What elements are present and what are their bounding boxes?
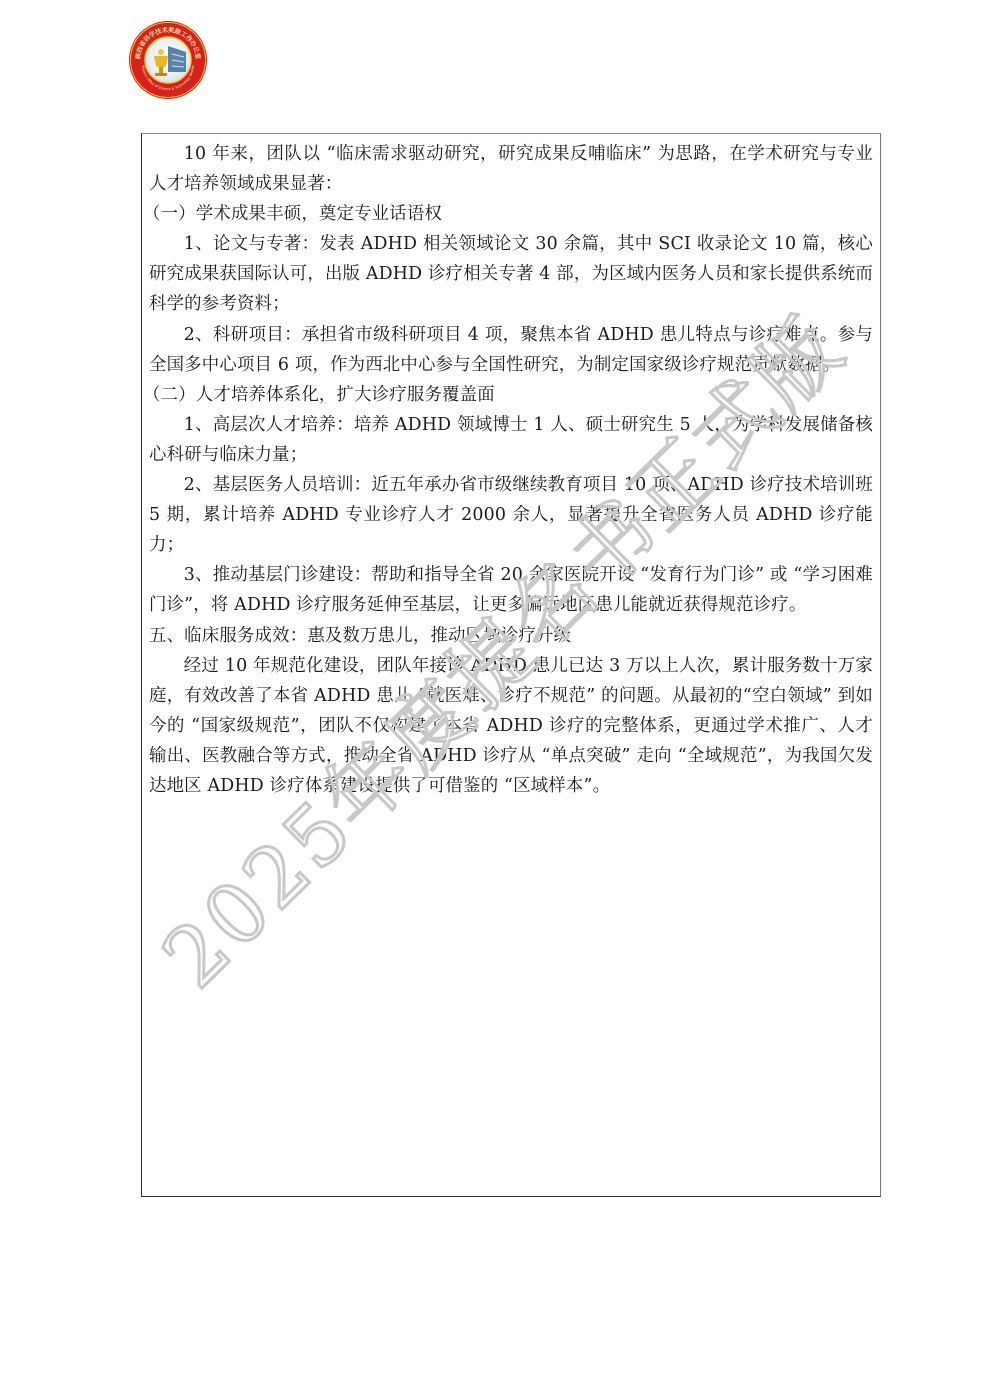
intro-paragraph: 10 年来，团队以 “临床需求驱动研究，研究成果反哺临床” 为思路，在学术研究与… — [149, 139, 873, 199]
seal-logo: 陕西省科学技术奖励工作办公室 Shaanxi Office of Science… — [128, 20, 208, 100]
paragraph-papers: 1、论文与专著：发表 ADHD 相关领域论文 30 余篇，其中 SCI 收录论文… — [149, 229, 873, 319]
paragraph-clinic-construction: 3、推动基层门诊建设：帮助和指导全省 20 余家医院开设 “发育行为门诊” 或 … — [149, 560, 873, 620]
document-body: 10 年来，团队以 “临床需求驱动研究，研究成果反哺临床” 为思路，在学术研究与… — [149, 139, 873, 801]
paragraph-high-level-talent: 1、高层次人才培养：培养 ADHD 领域博士 1 人、硕士研究生 5 人，为学科… — [149, 410, 873, 470]
section-heading-talent: （二）人才培养体系化，扩大诊疗服务覆盖面 — [143, 380, 873, 410]
paragraph-grassroots-training: 2、基层医务人员培训：近五年承办省市级继续教育项目 10 项、ADHD 诊疗技术… — [149, 470, 873, 560]
section-heading-clinical-outcomes: 五、临床服务成效：惠及数万患儿，推动区域诊疗升级 — [149, 621, 873, 651]
paragraph-clinical-outcomes: 经过 10 年规范化建设，团队年接诊 ADHD 患儿已达 3 万以上人次，累计服… — [149, 651, 873, 801]
seal-emblem-icon: 陕西省科学技术奖励工作办公室 Shaanxi Office of Science… — [128, 20, 208, 100]
section-heading-academic: （一）学术成果丰硕，奠定专业话语权 — [143, 199, 873, 229]
paragraph-research-projects: 2、科研项目：承担省市级科研项目 4 项，聚焦本省 ADHD 患儿特点与诊疗难点… — [149, 320, 873, 380]
content-box: 10 年来，团队以 “临床需求驱动研究，研究成果反哺临床” 为思路，在学术研究与… — [141, 133, 881, 1197]
